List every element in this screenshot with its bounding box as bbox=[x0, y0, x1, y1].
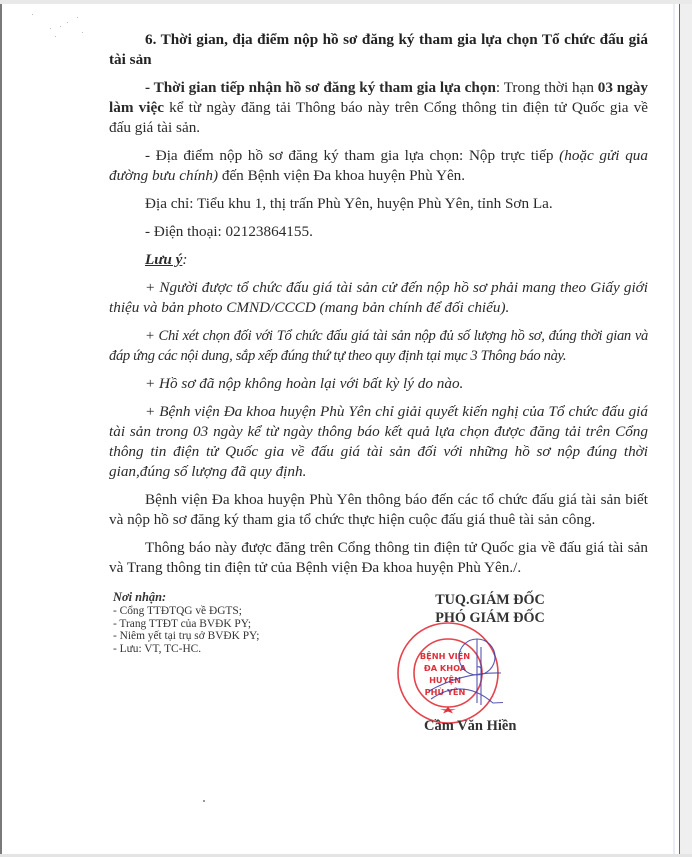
scan-speck bbox=[77, 17, 78, 18]
scan-speck bbox=[32, 14, 33, 15]
submission-time-paragraph: - Thời gian tiếp nhận hồ sơ đăng ký tham… bbox=[109, 78, 648, 138]
signer-name: Cầm Văn Hiền bbox=[424, 718, 516, 735]
note-heading: Lưu ý: bbox=[109, 250, 648, 270]
note-item: + Người được tổ chức đấu giá tài sản cử … bbox=[109, 278, 648, 318]
scan-speck bbox=[55, 36, 56, 37]
closing-paragraph: Bệnh viện Đa khoa huyện Phù Yên thông bá… bbox=[109, 490, 648, 530]
scan-speck bbox=[203, 800, 205, 802]
note-item: + Hồ sơ đã nộp không hoàn lại với bất kỳ… bbox=[109, 374, 648, 394]
recipients-block: Nơi nhận: - Cổng TTĐTQG về ĐGTS; - Trang… bbox=[113, 591, 259, 656]
scan-speck bbox=[67, 22, 68, 23]
note-item: + Chỉ xét chọn đối với Tổ chức đấu giá t… bbox=[109, 326, 648, 366]
address-line: Địa chỉ: Tiểu khu 1, thị trấn Phù Yên, h… bbox=[109, 194, 648, 214]
submission-time-label: - Thời gian tiếp nhận hồ sơ đăng ký tham… bbox=[145, 79, 496, 96]
document-body: 6. Thời gian, địa điểm nộp hồ sơ đăng ký… bbox=[109, 30, 648, 578]
phone-line: - Điện thoại: 02123864155. bbox=[109, 222, 648, 242]
signature-line-1: TUQ.GIÁM ĐỐC bbox=[410, 591, 570, 609]
viewer-right-gutter bbox=[680, 4, 692, 854]
scan-speck bbox=[50, 28, 51, 29]
note-item: + Bệnh viện Đa khoa huyện Phù Yên chỉ gi… bbox=[109, 402, 648, 482]
recipient-item: - Trang TTĐT của BVĐK PY; bbox=[113, 618, 259, 631]
recipient-item: - Niêm yết tại trụ sở BVĐK PY; bbox=[113, 630, 259, 643]
stamp-line: BỆNH VIỆN bbox=[420, 651, 470, 661]
recipient-item: - Lưu: VT, TC-HC. bbox=[113, 643, 259, 656]
submission-place-paragraph: - Địa điểm nộp hồ sơ đăng ký tham gia lự… bbox=[109, 146, 648, 186]
recipients-title: Nơi nhận: bbox=[113, 591, 259, 605]
closing-paragraph: Thông báo này được đăng trên Cổng thông … bbox=[109, 538, 648, 578]
scan-speck bbox=[60, 26, 61, 27]
official-seal-icon: BỆNH VIỆN ĐA KHOA HUYỆN PHÙ YÊN bbox=[393, 617, 503, 727]
recipient-item: - Cổng TTĐTQG về ĐGTS; bbox=[113, 605, 259, 618]
page-margin-line bbox=[673, 4, 675, 854]
section-heading: 6. Thời gian, địa điểm nộp hồ sơ đăng ký… bbox=[109, 30, 648, 70]
scan-speck bbox=[82, 32, 83, 33]
